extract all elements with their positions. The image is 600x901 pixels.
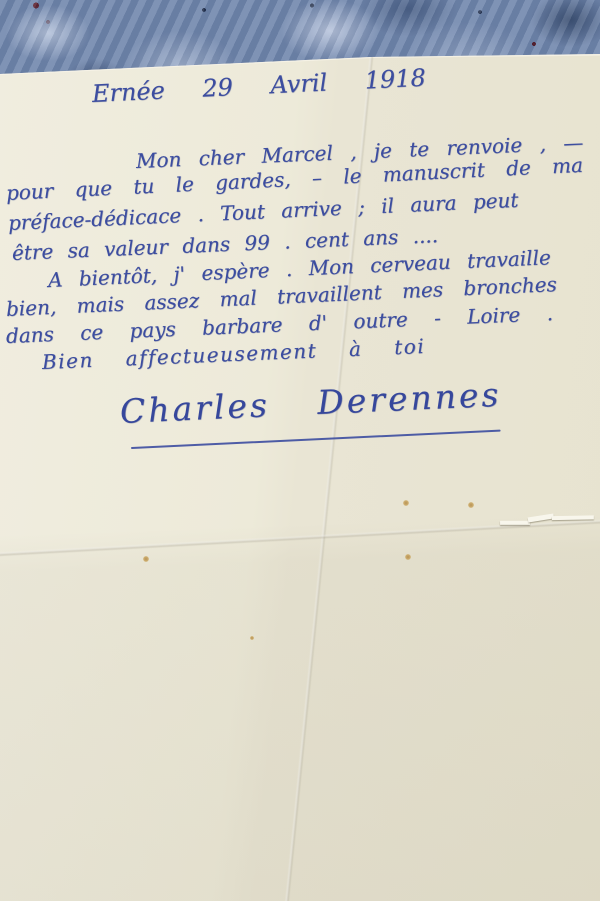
foxing-spot xyxy=(250,636,254,640)
tear-fragment xyxy=(528,513,554,522)
letter-photograph: Ernée 29 Avril 1918 Mon cher Marcel , je… xyxy=(0,0,600,901)
signature-charles-derennes: Charles Derennes xyxy=(119,375,502,431)
foxing-spot xyxy=(468,502,474,508)
foxing-spot xyxy=(143,556,149,562)
signature-underline xyxy=(131,430,501,449)
letter-paper-sheet: Ernée 29 Avril 1918 Mon cher Marcel , je… xyxy=(0,0,600,901)
foxing-spot xyxy=(405,554,411,560)
tear-fragment xyxy=(552,515,594,520)
tear-fragment xyxy=(500,521,530,525)
paper-tear xyxy=(500,509,600,532)
foxing-spot xyxy=(403,500,409,506)
letter-dateline: Ernée 29 Avril 1918 xyxy=(91,64,426,108)
